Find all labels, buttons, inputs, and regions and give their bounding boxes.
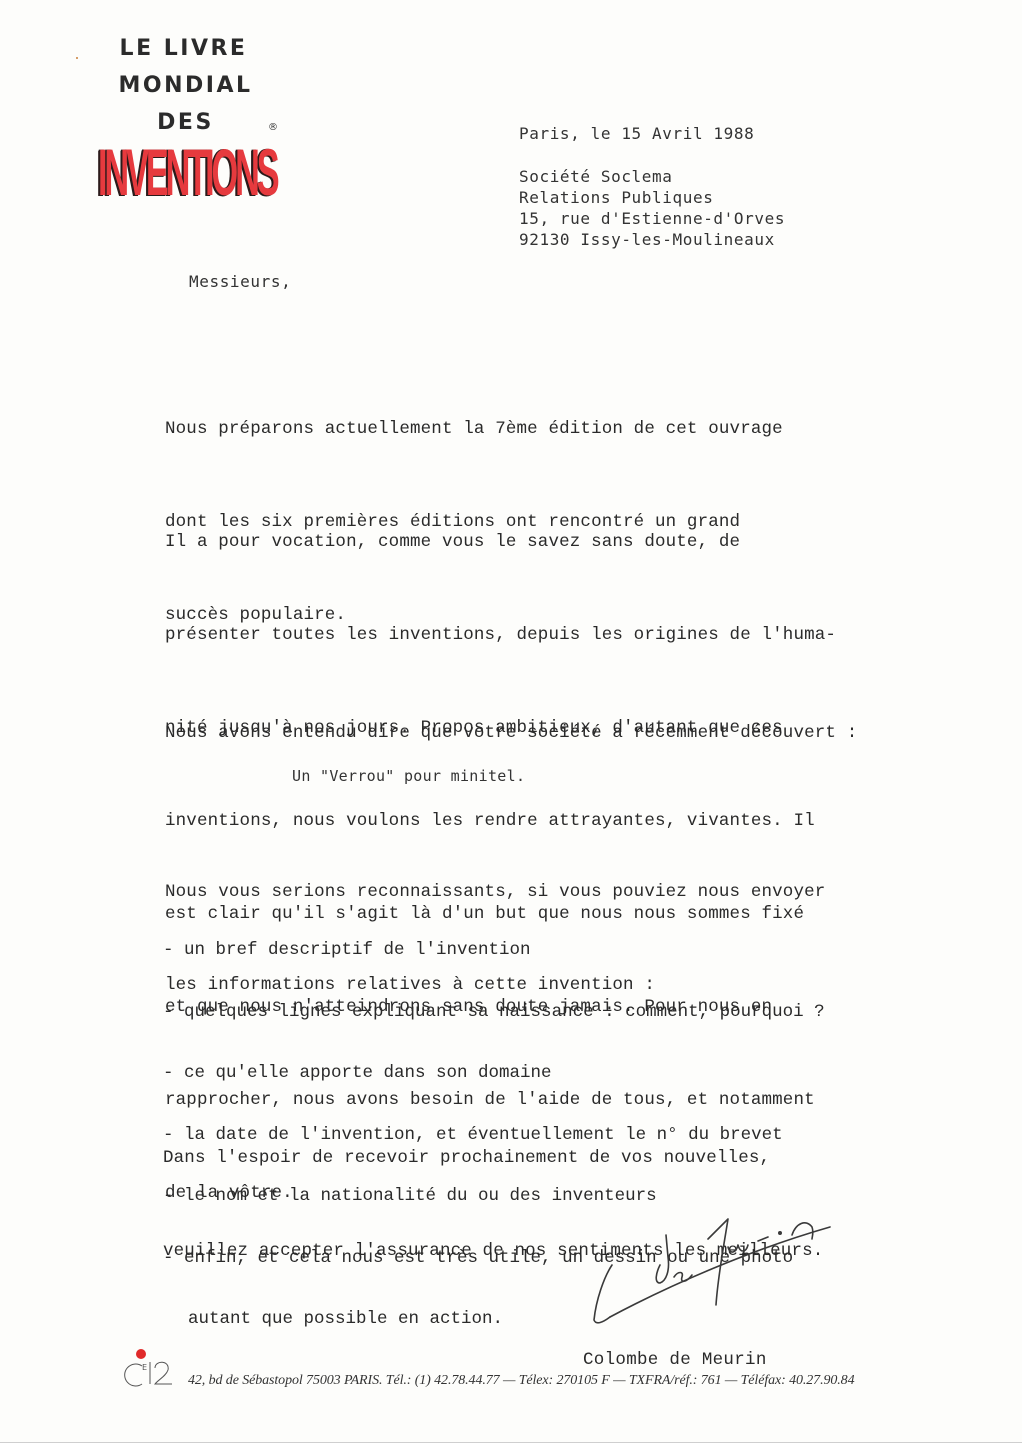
- footer-address: 42, bd de Sébastopol 75003 PARIS. Tél.: …: [188, 1373, 855, 1389]
- svg-text:E: E: [142, 1363, 147, 1372]
- signature-scribble-icon: [590, 1205, 840, 1335]
- invention-name: Un "Verrou" pour minitel.: [292, 767, 525, 785]
- text-line: Nous préparons actuellement la 7ème édit…: [165, 414, 783, 445]
- text-line: présenter toutes les inventions, depuis …: [165, 620, 836, 651]
- letterhead-title: LE LIVRE MONDIAL DES: [98, 30, 273, 141]
- text-line: Dans l'espoir de recevoir prochainement …: [163, 1143, 823, 1174]
- list-item: - un bref descriptif de l'invention: [163, 940, 825, 961]
- letterhead-line-1: LE LIVRE: [94, 30, 273, 67]
- recipient-department: Relations Publiques: [519, 187, 785, 208]
- recipient-city: 92130 Issy-les-Moulineaux: [519, 229, 785, 250]
- letter-date: Paris, le 15 Avril 1988: [519, 124, 754, 143]
- registered-mark: ®: [268, 122, 278, 133]
- list-item: - quelques lignes expliquant sa naissanc…: [163, 1002, 825, 1023]
- paragraph-discovery: Nous avons entendu dire que votre sociét…: [165, 723, 857, 743]
- recipient-street: 15, rue d'Estienne-d'Orves: [519, 208, 785, 229]
- text-line: Il a pour vocation, comme vous le savez …: [165, 527, 836, 558]
- letterhead-line-2: MONDIAL: [98, 67, 273, 104]
- recipient-company: Société Soclema: [519, 166, 785, 187]
- inventions-logo: INVENTIONS: [98, 138, 186, 206]
- signer-name: Colombe de Meurin: [583, 1350, 767, 1370]
- recipient-address: Société Soclema Relations Publiques 15, …: [519, 166, 785, 250]
- letter-page: LE LIVRE MONDIAL DES INVENTIONS ® Paris,…: [0, 0, 1022, 1443]
- paper-speck: [76, 57, 78, 59]
- salutation: Messieurs,: [189, 272, 291, 291]
- cie-logo-icon: E: [118, 1346, 178, 1390]
